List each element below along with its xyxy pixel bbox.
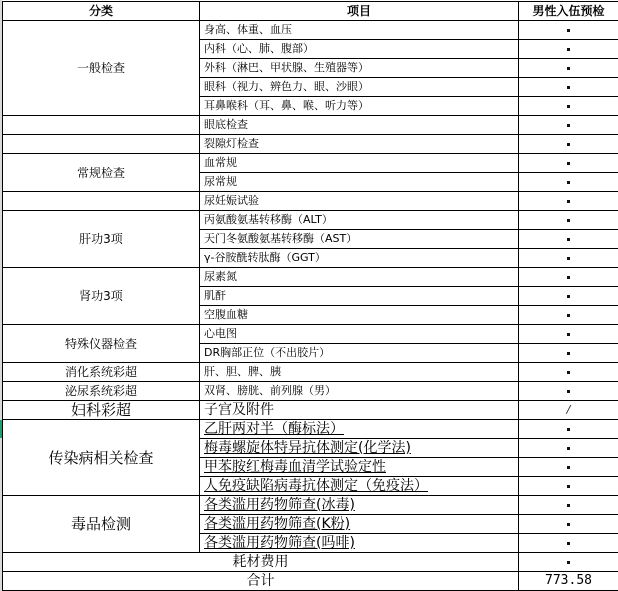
- dot-mark-icon: [567, 181, 570, 184]
- header-male-enlistment[interactable]: 男性入伍预检: [519, 2, 618, 21]
- dot-mark-icon: [567, 504, 570, 507]
- item-cell[interactable]: 丙氨酸氨基转移酶（ALT）: [200, 211, 519, 230]
- table-row: 裂隙灯检查: [3, 135, 618, 154]
- dot-mark-icon: [567, 48, 570, 51]
- item-cell[interactable]: 各类滥用药物筛查(冰毒): [200, 496, 519, 515]
- mark-cell[interactable]: [519, 116, 618, 135]
- item-cell[interactable]: 肝、胆、脾、胰: [200, 363, 519, 382]
- mark-cell[interactable]: [519, 154, 618, 173]
- mark-cell[interactable]: [519, 135, 618, 154]
- item-cell[interactable]: 肌酐: [200, 287, 519, 306]
- table-row: 特殊仪器检查 心电图: [3, 325, 618, 344]
- item-cell[interactable]: 尿常规: [200, 173, 519, 192]
- dot-mark-icon: [567, 143, 570, 146]
- table-header-row: 分类 项目 男性入伍预检: [3, 2, 618, 21]
- mark-cell[interactable]: [519, 173, 618, 192]
- mark-cell[interactable]: [519, 382, 618, 401]
- dot-mark-icon: [567, 29, 570, 32]
- dot-mark-icon: [567, 485, 570, 488]
- total-label[interactable]: 合计: [3, 572, 519, 591]
- item-cell[interactable]: 梅毒螺旋体特异抗体测定(化学法): [200, 439, 519, 458]
- dot-mark-icon: [567, 390, 570, 393]
- mark-cell[interactable]: [519, 420, 618, 439]
- table-row: 消化系统彩超 肝、胆、脾、胰: [3, 363, 618, 382]
- mark-cell[interactable]: [519, 439, 618, 458]
- mark-cell[interactable]: [519, 363, 618, 382]
- mark-cell[interactable]: [519, 21, 618, 40]
- total-value[interactable]: 773.58: [519, 572, 618, 591]
- table-row: 妇科彩超 子宫及附件 /: [3, 401, 618, 420]
- dot-mark-icon: [567, 105, 570, 108]
- mark-cell[interactable]: [519, 477, 618, 496]
- category-cell[interactable]: [3, 116, 200, 135]
- mark-cell[interactable]: [519, 287, 618, 306]
- item-cell[interactable]: 尿妊娠试验: [200, 192, 519, 211]
- dot-mark-icon: [567, 200, 570, 203]
- mark-cell[interactable]: /: [519, 401, 618, 420]
- dot-mark-icon: [567, 561, 570, 564]
- mark-cell[interactable]: [519, 97, 618, 116]
- table-row: 泌尿系统彩超 双肾、膀胱、前列腺（男）: [3, 382, 618, 401]
- dot-mark-icon: [567, 447, 570, 450]
- dot-mark-icon: [567, 219, 570, 222]
- mark-cell[interactable]: [519, 458, 618, 477]
- mark-cell[interactable]: [519, 268, 618, 287]
- item-cell[interactable]: 眼底检查: [200, 116, 519, 135]
- item-cell[interactable]: 心电图: [200, 325, 519, 344]
- category-cell[interactable]: 传染病相关检查: [3, 420, 200, 496]
- total-row: 合计 773.58: [3, 572, 618, 591]
- mark-cell[interactable]: [519, 496, 618, 515]
- header-item[interactable]: 项目: [200, 2, 519, 21]
- item-cell[interactable]: 子宫及附件: [200, 401, 519, 420]
- mark-cell[interactable]: [519, 553, 618, 572]
- table-row: 传染病相关检查 乙肝两对半（酶标法）: [3, 420, 618, 439]
- table-row: 尿妊娠试验: [3, 192, 618, 211]
- dot-mark-icon: [567, 295, 570, 298]
- category-cell[interactable]: 肾功3项: [3, 268, 200, 325]
- item-cell[interactable]: γ-谷胺酰转肽酶（GGT）: [200, 249, 519, 268]
- item-cell[interactable]: 乙肝两对半（酶标法）: [200, 420, 519, 439]
- mark-cell[interactable]: [519, 515, 618, 534]
- mark-cell[interactable]: [519, 192, 618, 211]
- item-cell[interactable]: 双肾、膀胱、前列腺（男）: [200, 382, 519, 401]
- dot-mark-icon: [567, 542, 570, 545]
- item-cell[interactable]: 各类滥用药物筛查(K粉): [200, 515, 519, 534]
- item-cell[interactable]: 各类滥用药物筛查(吗啡): [200, 534, 519, 553]
- dot-mark-icon: [567, 333, 570, 336]
- mark-cell[interactable]: [519, 325, 618, 344]
- category-cell[interactable]: [3, 192, 200, 211]
- category-cell[interactable]: 消化系统彩超: [3, 363, 200, 382]
- dot-mark-icon: [567, 428, 570, 431]
- dot-mark-icon: [567, 314, 570, 317]
- dot-mark-icon: [567, 124, 570, 127]
- item-cell[interactable]: 裂隙灯检查: [200, 135, 519, 154]
- dot-mark-icon: [567, 67, 570, 70]
- item-cell[interactable]: 外科（淋巴、甲状腺、生殖器等）: [200, 59, 519, 78]
- mark-cell[interactable]: [519, 40, 618, 59]
- category-cell[interactable]: [3, 135, 200, 154]
- item-cell[interactable]: 眼科（视力、辨色力、眼、沙眼）: [200, 78, 519, 97]
- dot-mark-icon: [567, 238, 570, 241]
- category-cell[interactable]: 常规检查: [3, 154, 200, 192]
- item-cell[interactable]: 甲苯胺红梅毒血清学试验定性: [200, 458, 519, 477]
- category-cell[interactable]: 特殊仪器检查: [3, 325, 200, 363]
- item-cell[interactable]: 天门冬氨酸氨基转移酶（AST）: [200, 230, 519, 249]
- table-row: 毒品检测 各类滥用药物筛查(冰毒): [3, 496, 618, 515]
- consumables-row: 耗材费用: [3, 553, 618, 572]
- dot-mark-icon: [567, 257, 570, 260]
- table-row: 一般检查 身高、体重、血压: [3, 21, 618, 40]
- category-cell[interactable]: 泌尿系统彩超: [3, 382, 200, 401]
- dot-mark-icon: [567, 371, 570, 374]
- item-cell[interactable]: 血常规: [200, 154, 519, 173]
- item-cell[interactable]: 尿素氮: [200, 268, 519, 287]
- table-row: 肝功3项 丙氨酸氨基转移酶（ALT）: [3, 211, 618, 230]
- consumables-label[interactable]: 耗材费用: [3, 553, 519, 572]
- dot-mark-icon: [567, 86, 570, 89]
- not-applicable-slash: /: [567, 403, 571, 416]
- table-row: 常规检查 血常规: [3, 154, 618, 173]
- mark-cell[interactable]: [519, 249, 618, 268]
- table-row: 肾功3项 尿素氮: [3, 268, 618, 287]
- dot-mark-icon: [567, 352, 570, 355]
- mark-cell[interactable]: [519, 534, 618, 553]
- category-cell[interactable]: 毒品检测: [3, 496, 200, 553]
- exam-items-table: 分类 项目 男性入伍预检 一般检查 身高、体重、血压 内科（心、肺、腹部） 外科…: [2, 1, 618, 591]
- mark-cell[interactable]: [519, 78, 618, 97]
- item-cell[interactable]: 内科（心、肺、腹部）: [200, 40, 519, 59]
- dot-mark-icon: [567, 162, 570, 165]
- dot-mark-icon: [567, 523, 570, 526]
- mark-cell[interactable]: [519, 306, 618, 325]
- category-cell[interactable]: 一般检查: [3, 21, 200, 116]
- table-row: 眼底检查: [3, 116, 618, 135]
- mark-cell[interactable]: [519, 344, 618, 363]
- mark-cell[interactable]: [519, 59, 618, 78]
- item-cell[interactable]: 空腹血糖: [200, 306, 519, 325]
- mark-cell[interactable]: [519, 211, 618, 230]
- item-cell[interactable]: 身高、体重、血压: [200, 21, 519, 40]
- dot-mark-icon: [567, 276, 570, 279]
- header-category[interactable]: 分类: [3, 2, 200, 21]
- dot-mark-icon: [567, 466, 570, 469]
- mark-cell[interactable]: [519, 230, 618, 249]
- category-cell[interactable]: 妇科彩超: [3, 401, 200, 420]
- item-cell[interactable]: 人免疫缺陷病毒抗体测定（免疫法）: [200, 477, 519, 496]
- category-cell[interactable]: 肝功3项: [3, 211, 200, 268]
- item-cell[interactable]: DR胸部正位（不出胶片）: [200, 344, 519, 363]
- item-cell[interactable]: 耳鼻喉科（耳、鼻、喉、听力等）: [200, 97, 519, 116]
